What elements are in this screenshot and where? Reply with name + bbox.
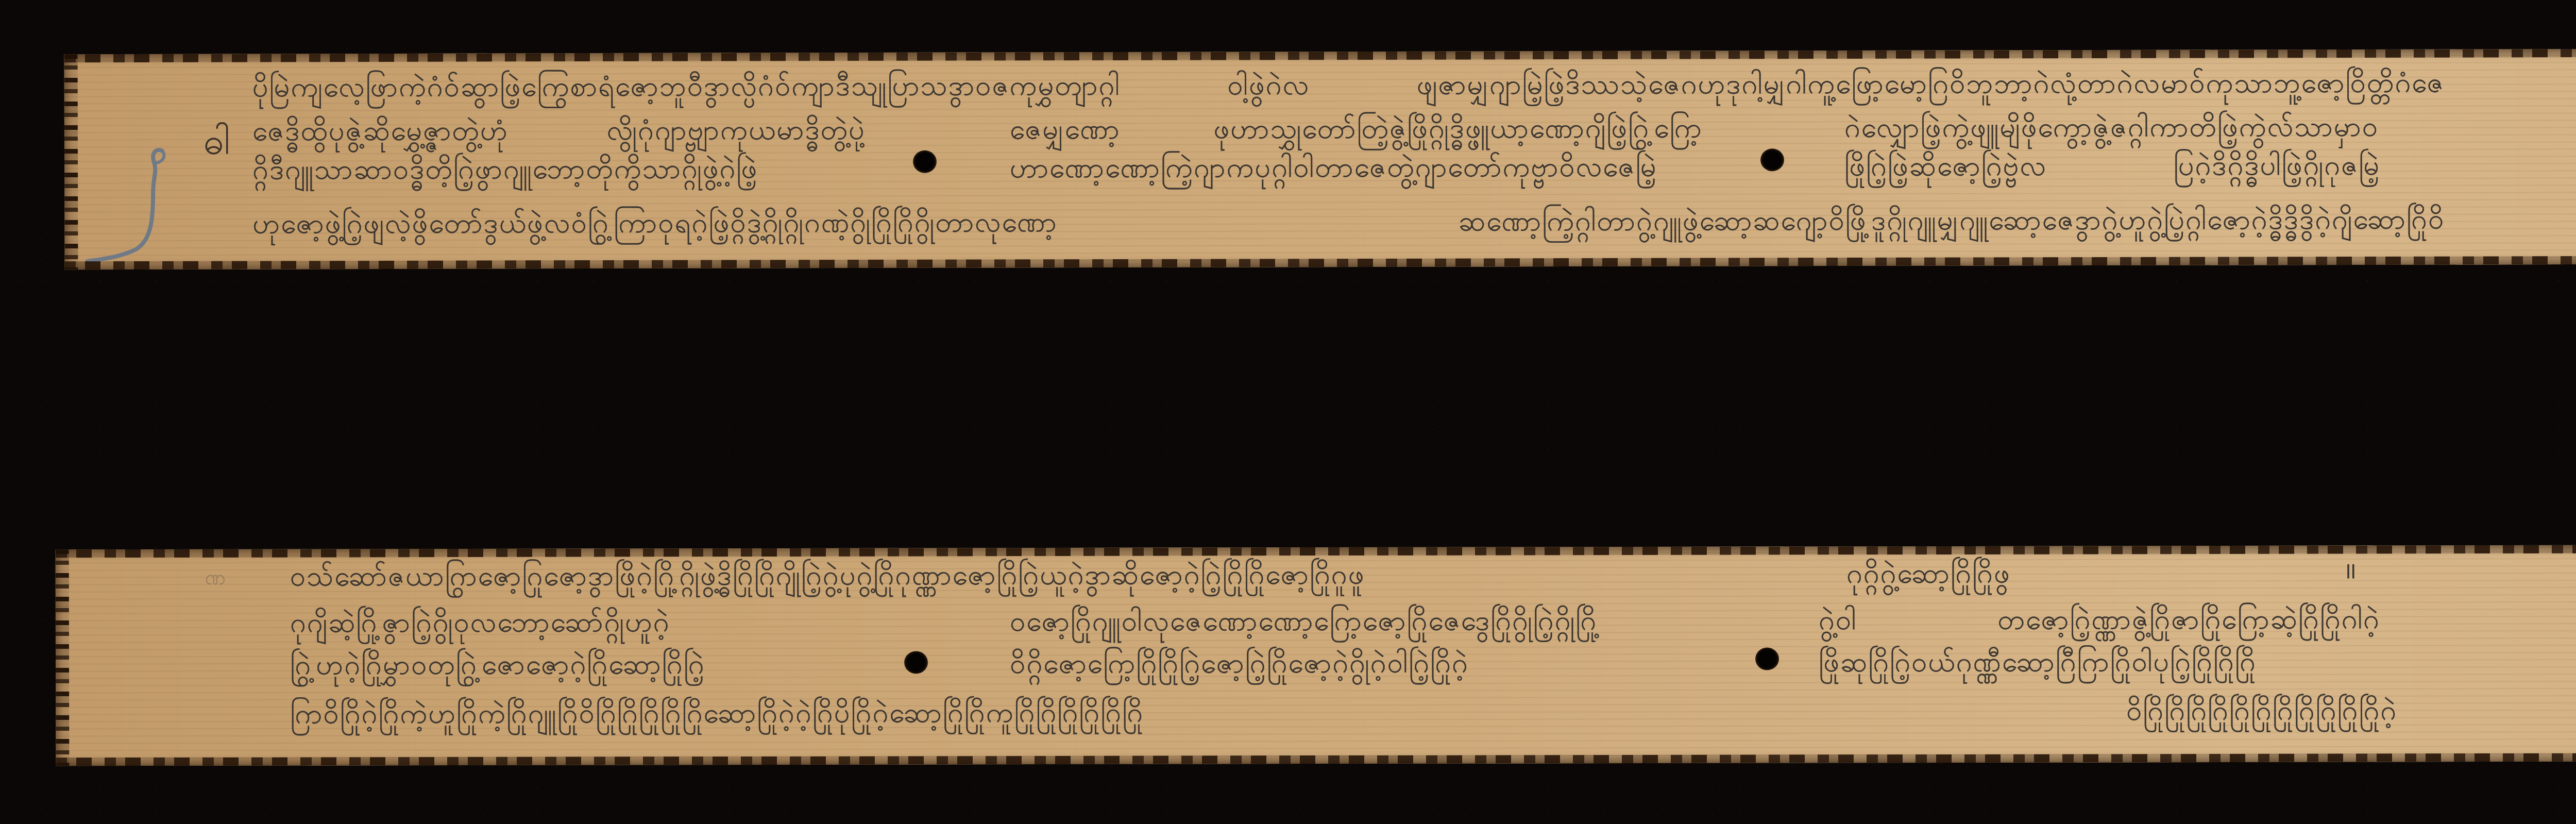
text-line-3-block-2: ဝိဂ္ဂိဇော့ဂြော့ဂြိုဂြိုဂြဲ့ဇော့ဂြဲ့ဂြိုဇ… (1010, 640, 1741, 687)
string-hole-left (904, 651, 928, 674)
string-hole-right (1760, 148, 1784, 171)
blue-ink-stroke-icon (85, 147, 168, 270)
string-hole-right (1755, 648, 1779, 670)
text-line-3-block-1: ဂြွဲ့ဟုဂဲ့ဂြိုမွှာဝတုဂြွဲ့ဇောဇော့ဂဲ့ဂြို… (290, 641, 826, 688)
text-line-2-block-3: ဂွဲ့ဝါ တဇော့ဂြဲ့ဏ္ဏာဇွဲ့ဂြိုဇာဂြိုဂြော့ဆ… (1819, 596, 2380, 643)
leaf-edge-left (64, 54, 78, 270)
text-line-1: ပိုမြဲကျလေ့ဖြာကဲ့ဂံဝ်ဆွာဖြဲ့ကြွေစာရံဇော့… (252, 60, 2445, 111)
section-end-mark: ॥ (2343, 556, 2357, 587)
text-line-3-block-3: ဖြိုဆုဂြိုဂြဲ့ဝယ်ဂုဏ္ဏီဆော့ဂြီဂြာဂြိုဝါပ… (1819, 638, 2391, 685)
text-line-3-block-1: ဂ္ဂိဒီဂျူသာဆာဝဒ္ဓိတိ့ဂြဲ့ဖွာဂျူဘော့တိုကွ… (252, 145, 896, 193)
palm-leaf-bottom: ဏ ဝသ်ဆော်ဇယာဂြွာဇော့ဂြုဇော့ဒွာဖြိုဂဲ့ဂြိ… (56, 545, 2576, 766)
text-line-1: ဝသ်ဆော်ဇယာဂြွာဇော့ဂြုဇော့ဒွာဖြိုဂဲ့ဂြို့… (290, 550, 2011, 600)
text-line-2-block-1: ဂုဂျိဆဲ့ဂြို့ဇွာဂြဲ့ဂွိုဝုလဘော့ဆော်ဂ္ဂို… (290, 599, 816, 646)
text-line-4: ဂြာဝိဂြိုဂဲ့ဂြိုကဲ့ဟူဂြိုကဲ့ဂြိုဂျူဂြိုဝ… (290, 687, 2397, 737)
leaf-edge-left (56, 549, 70, 766)
text-line-2-block-2: ဝဇော့ဂြိုဂျူဝါလုဇေဏော့ဏော့ဂြော့ဇော့ဂြိုဇ… (1010, 597, 1710, 645)
text-line-3-block-2: ဟာဏော့ဏော့ကြဲ့ဂျာကပုဂ္ဂါဝါတာဇေတွဲ့ဂျာတော… (1010, 144, 1698, 192)
string-hole-left (913, 150, 937, 173)
text-line-3-block-3: ဖြိုဂြဲ့ဖြဲ့ဆိုဇော့ဂြဲ့ဗ္ဗဲလ ပြဂဲ့ဒိဂ္ဂိ… (1844, 142, 2380, 190)
leaf-number: ဓါ (204, 119, 230, 165)
faint-leaf-mark: ဏ (205, 562, 226, 593)
text-line-4: ဟုဇော့ဖွဲ့ဂြဲ့ဖျလဲ့ဖွိတော်ဒွယ်ဖွဲ့လဝံဂြွ… (252, 196, 2445, 247)
palm-leaf-top: ဓါ ပိုမြဲကျလေ့ဖြာကဲ့ဂံဝ်ဆွာဖြဲ့ကြွေစာရံဇ… (64, 49, 2576, 270)
